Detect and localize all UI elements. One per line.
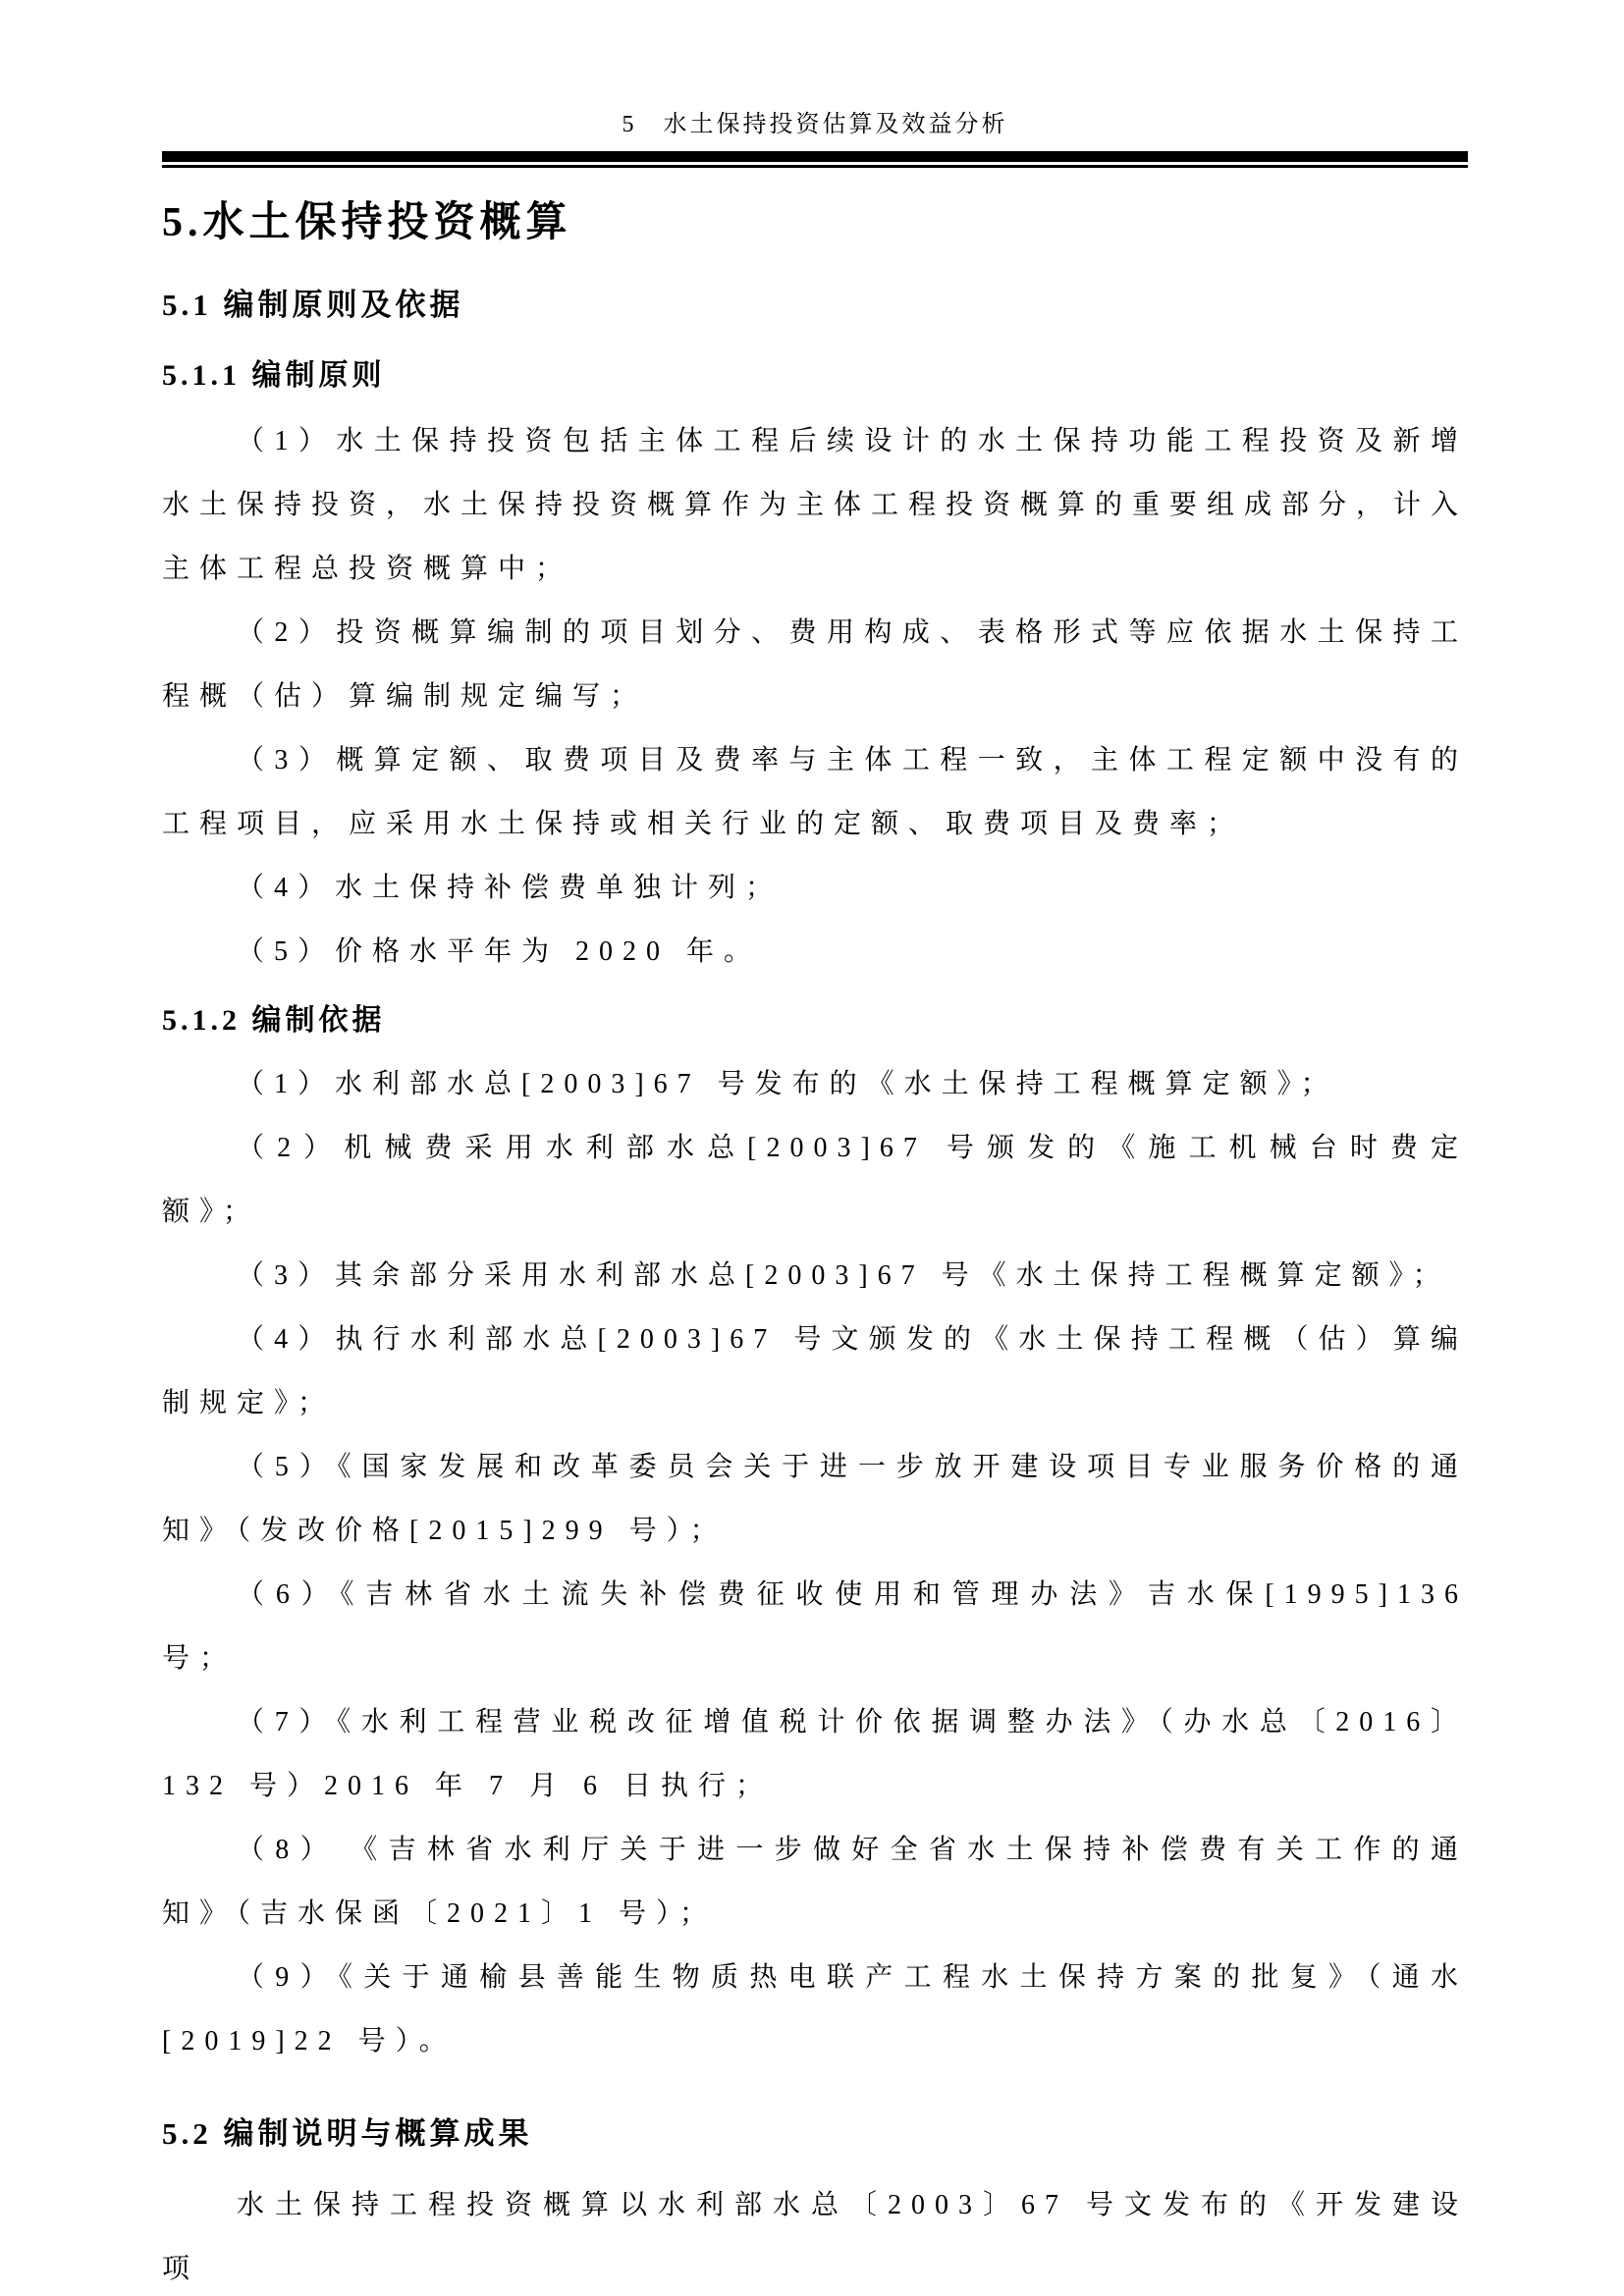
paragraph: （2）投资概算编制的项目划分、费用构成、表格形式等应依据水土保持工程概（估）算编… <box>162 601 1468 728</box>
paragraph: （2）机械费采用水利部水总[2003]67 号颁发的《施工机械台时费定额》； <box>162 1116 1468 1244</box>
paragraph: （5）价格水平年为 2020 年。 <box>162 920 1468 984</box>
paragraph: （8） 《吉林省水利厅关于进一步做好全省水土保持补偿费有关工作的通知》（吉水保函… <box>162 1818 1468 1946</box>
paragraph: （9）《关于通榆县善能生物质热电联产工程水土保持方案的批复》（通水[2019]2… <box>162 1946 1468 2073</box>
paragraph: （6）《吉林省水土流失补偿费征收使用和管理办法》吉水保[1995]136 号； <box>162 1563 1468 1690</box>
header-rule-thin <box>162 165 1468 168</box>
page-header: 5 水土保持投资估算及效益分析 <box>162 110 1468 139</box>
paragraph: （1）水土保持投资包括主体工程后续设计的水土保持功能工程投资及新增水土保持投资，… <box>162 409 1468 601</box>
chapter-title: 5.水土保持投资概算 <box>162 199 1468 246</box>
paragraph: （3）概算定额、取费项目及费率与主体工程一致，主体工程定额中没有的工程项目，应采… <box>162 728 1468 856</box>
section-heading-sec-52: 5.2 编制说明与概算成果 <box>162 2114 1468 2154</box>
section-heading-sec-51: 5.1 编制原则及依据 <box>162 286 1468 325</box>
paragraph: 水土保持工程投资概算以水利部水总〔2003〕67 号文发布的《开发建设项 <box>162 2173 1468 2296</box>
paragraph: （4）水土保持补偿费单独计列； <box>162 856 1468 920</box>
paragraph: （4）执行水利部水总[2003]67 号文颁发的《水土保持工程概（估）算编制规定… <box>162 1308 1468 1435</box>
document-body: 5.1 编制原则及依据5.1.1 编制原则（1）水土保持投资包括主体工程后续设计… <box>162 286 1468 2296</box>
section-heading-sub-512: 5.1.2 编制依据 <box>162 1001 1468 1041</box>
paragraph: （7）《水利工程营业税改征增值税计价依据调整办法》（办水总〔2016〕132 号… <box>162 1690 1468 1818</box>
header-rule-thick <box>162 151 1468 162</box>
paragraph: （5）《国家发展和改革委员会关于进一步放开建设项目专业服务价格的通知》（发改价格… <box>162 1435 1468 1563</box>
paragraph: （1）水利部水总[2003]67 号发布的《水土保持工程概算定额》； <box>162 1052 1468 1116</box>
running-header-text: 5 水土保持投资估算及效益分析 <box>623 112 1008 137</box>
document-page: 5 水土保持投资估算及效益分析 5.水土保持投资概算 5.1 编制原则及依据5.… <box>0 0 1624 2296</box>
section-heading-sub-511: 5.1.1 编制原则 <box>162 356 1468 396</box>
paragraph: （3）其余部分采用水利部水总[2003]67 号《水土保持工程概算定额》； <box>162 1244 1468 1308</box>
